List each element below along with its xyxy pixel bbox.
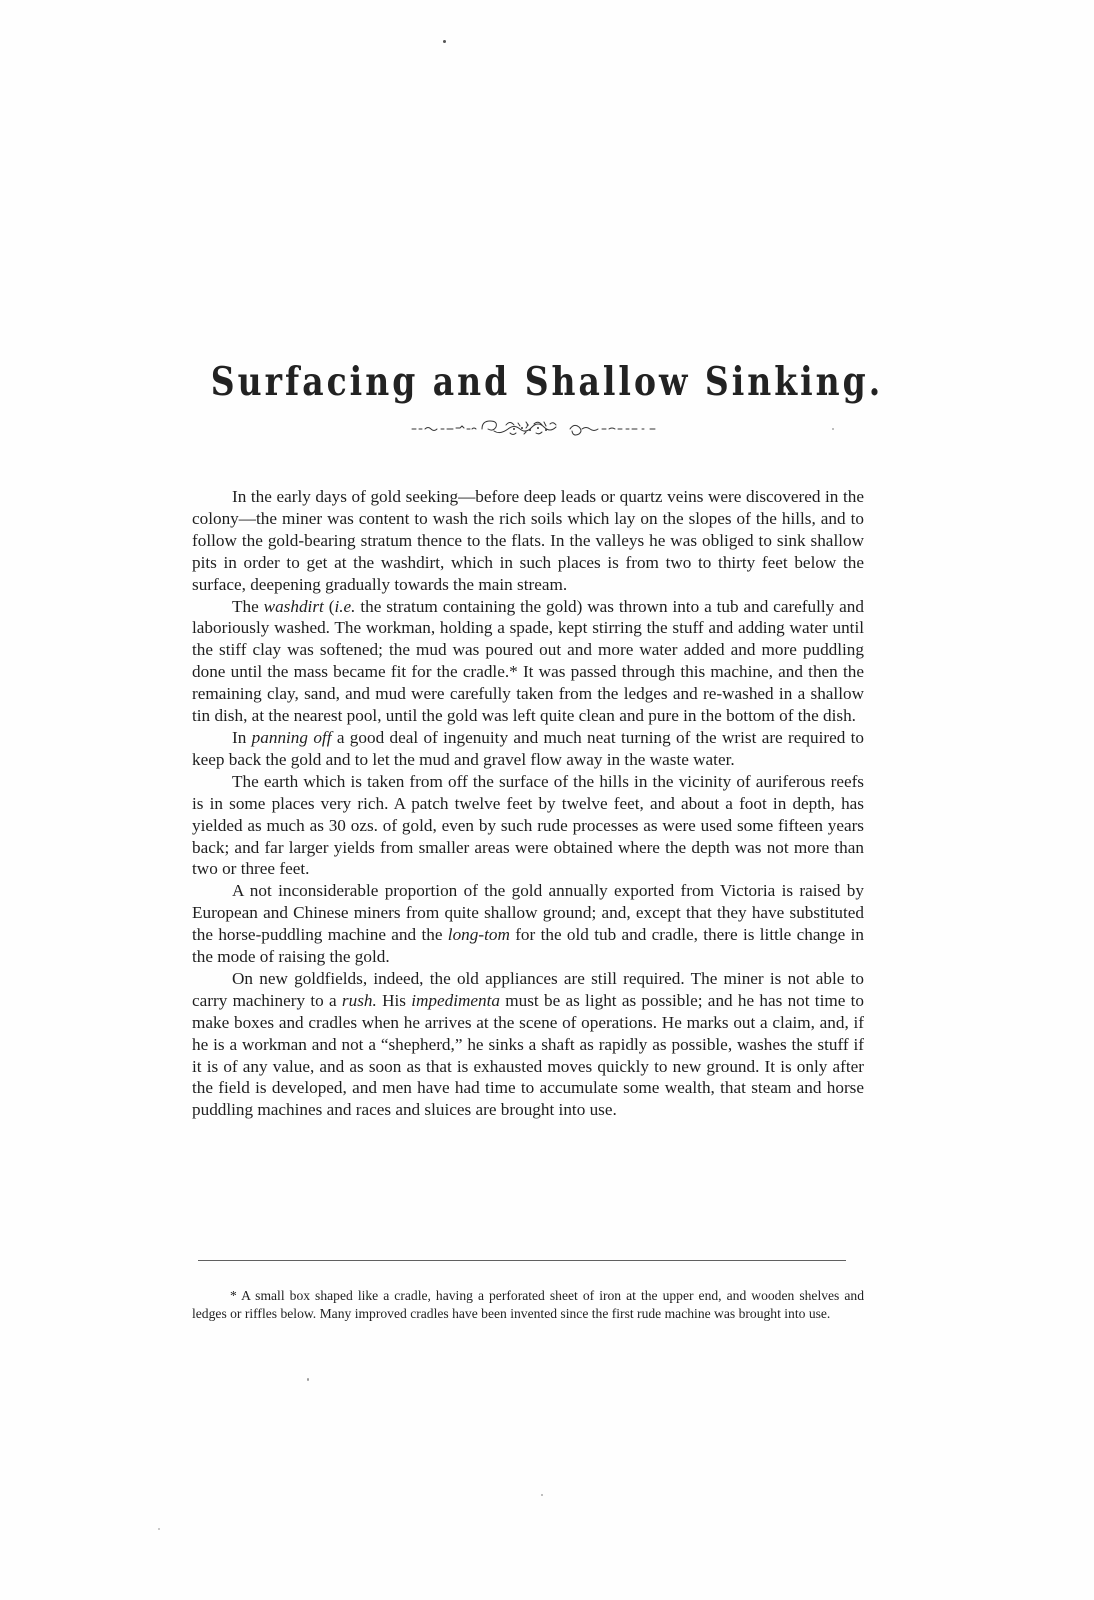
text-run: The earth which is taken from off the su… (192, 772, 864, 879)
scan-speck (541, 1494, 543, 1496)
text-run: The (232, 597, 264, 616)
scan-speck (443, 40, 446, 43)
body-text: In the early days of gold seeking—before… (192, 486, 864, 1121)
paragraph: In panning off a good deal of ingenuity … (192, 727, 864, 771)
paragraph: A not inconsiderable proportion of the g… (192, 880, 864, 968)
book-page: Surfacing and Shallow Sinking. In the ea… (0, 0, 1094, 1600)
scan-speck (832, 428, 834, 430)
page-title: Surfacing and Shallow Sinking. (0, 359, 1094, 405)
text-run: must be as light as possible; and he has… (192, 991, 864, 1120)
text-run: ( (324, 597, 335, 616)
scan-speck (307, 1378, 309, 1381)
footnote-text: * A small box shaped like a cradle, havi… (192, 1287, 864, 1322)
italic-term: long-tom (448, 925, 510, 944)
italic-term: washdirt (264, 597, 324, 616)
italic-term: impedimenta (411, 991, 500, 1010)
text-run: In (232, 728, 252, 747)
italic-term: panning off (252, 728, 332, 747)
italic-term: rush. (342, 991, 377, 1010)
scan-speck (158, 1528, 160, 1530)
paragraph: The earth which is taken from off the su… (192, 771, 864, 881)
text-run: His (377, 991, 411, 1010)
footnote: * A small box shaped like a cradle, havi… (192, 1287, 864, 1322)
paragraph: On new goldfields, indeed, the old appli… (192, 968, 864, 1121)
footnote-divider (198, 1260, 846, 1261)
paragraph: In the early days of gold seeking—before… (192, 486, 864, 596)
italic-term: i.e. (334, 597, 355, 616)
paragraph: The washdirt (i.e. the stratum containin… (192, 596, 864, 727)
text-run: In the early days of gold seeking—before… (192, 487, 864, 594)
decorative-flourish-icon (410, 417, 660, 439)
